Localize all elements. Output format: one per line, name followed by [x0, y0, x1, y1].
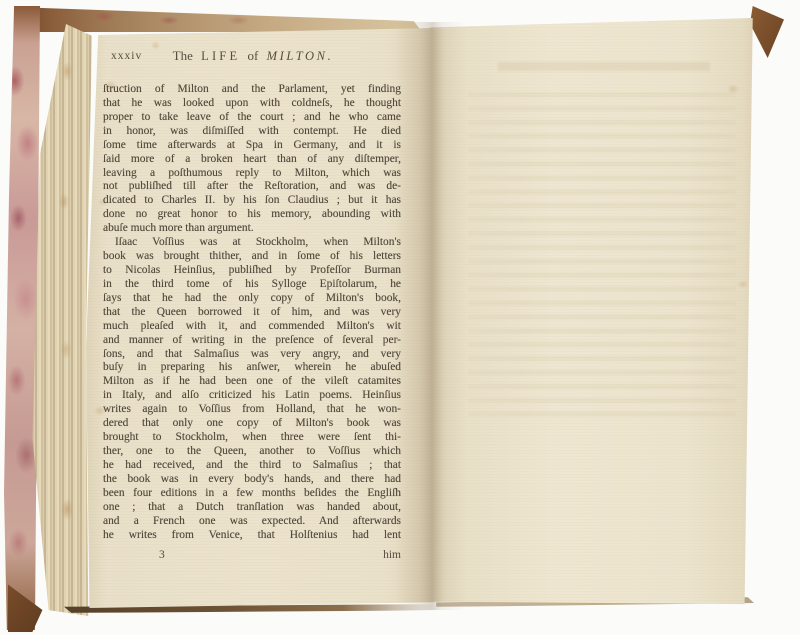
text-line: been four editions in a few months beſid…	[103, 487, 401, 501]
text-line: the book was in every body's hands, and …	[103, 473, 401, 487]
text-line: not publiſhed till after the Reſtoration…	[103, 180, 401, 194]
running-head-of: of	[248, 48, 259, 63]
running-head-the: The	[173, 48, 193, 63]
text-line: much pleaſed with it, and commended Milt…	[103, 320, 401, 334]
text-line: ther, one to the Queen, another to Voſſi…	[103, 445, 401, 459]
text-line: one ; that a Dutch tranſlation was hande…	[103, 501, 401, 515]
right-page	[430, 18, 756, 610]
text-line: and a French one was expected. And after…	[103, 515, 401, 529]
text-line: he had received, and the third to Salmaſ…	[103, 459, 401, 473]
text-line: dicated to Charles II. by his ſon Claudi…	[103, 194, 401, 208]
running-head-life: LIFE	[201, 49, 240, 63]
text-line: writes again to Voſſius from Holland, th…	[103, 403, 401, 417]
text-line: ſtruction of Milton and the Parlament, y…	[103, 83, 401, 97]
text-line: ſome time afterwards at Spa in Germany, …	[103, 139, 401, 153]
text-line: ſons, and that Salmaſius was very angry,…	[103, 348, 401, 362]
folio-number: xxxiv	[111, 50, 142, 62]
running-head-milton: MILTON.	[267, 49, 334, 63]
text-line: that he was looked upon with coldneſs, h…	[103, 97, 401, 111]
text-line: Iſaac Voſſius was at Stockholm, when Mil…	[103, 236, 401, 250]
text-line: Milton as if he had been one of the vile…	[103, 375, 401, 389]
text-line: ſays that he had the only copy of Milton…	[103, 292, 401, 306]
text-line: proper to take leave of the court ; and …	[103, 111, 401, 125]
text-line: to Nicolas Heinſius, publiſhed by Profeſ…	[103, 264, 401, 278]
text-line: that the Queen borrowed it of him, and w…	[103, 306, 401, 320]
text-line: in the third tome of his Sylloge Epiſtol…	[103, 278, 401, 292]
text-line: brought to Stockholm, when three were ſe…	[103, 431, 401, 445]
running-head: xxxiv The LIFE of MILTON.	[103, 48, 403, 66]
book-photo: xxxiv The LIFE of MILTON. ſtruction of M…	[0, 0, 800, 635]
text-line: buſy in preparing his anſwer, wherein he…	[103, 361, 401, 375]
text-line: dered that only one copy of Milton's boo…	[103, 417, 401, 431]
body-text: ſtruction of Milton and the Parlament, y…	[103, 83, 401, 542]
text-line: book was brought thither, and in ſome of…	[103, 250, 401, 264]
text-line: he writes from Venice, that Holſtenius h…	[103, 529, 401, 543]
marbled-board-edge	[4, 6, 40, 630]
text-line: abuſe much more than argument.	[103, 222, 401, 236]
text-line: done no great honor to his memory, aboun…	[103, 208, 401, 222]
catchword: him	[383, 549, 401, 561]
page-footer: 3 him	[103, 549, 401, 561]
text-line: ſaid more of a broken heart than of any …	[103, 153, 401, 167]
top-board-edge	[14, 6, 422, 32]
left-page-edges	[30, 24, 92, 616]
signature-mark: 3	[159, 549, 165, 561]
text-line: and manner of writing in the preſence of…	[103, 334, 401, 348]
text-line: in honor, was diſmiſſed with contempt. H…	[103, 125, 401, 139]
text-line: leaving a poſthumous reply to Milton, wh…	[103, 167, 401, 181]
text-line: in Italy, and alſo criticized his Latin …	[103, 389, 401, 403]
